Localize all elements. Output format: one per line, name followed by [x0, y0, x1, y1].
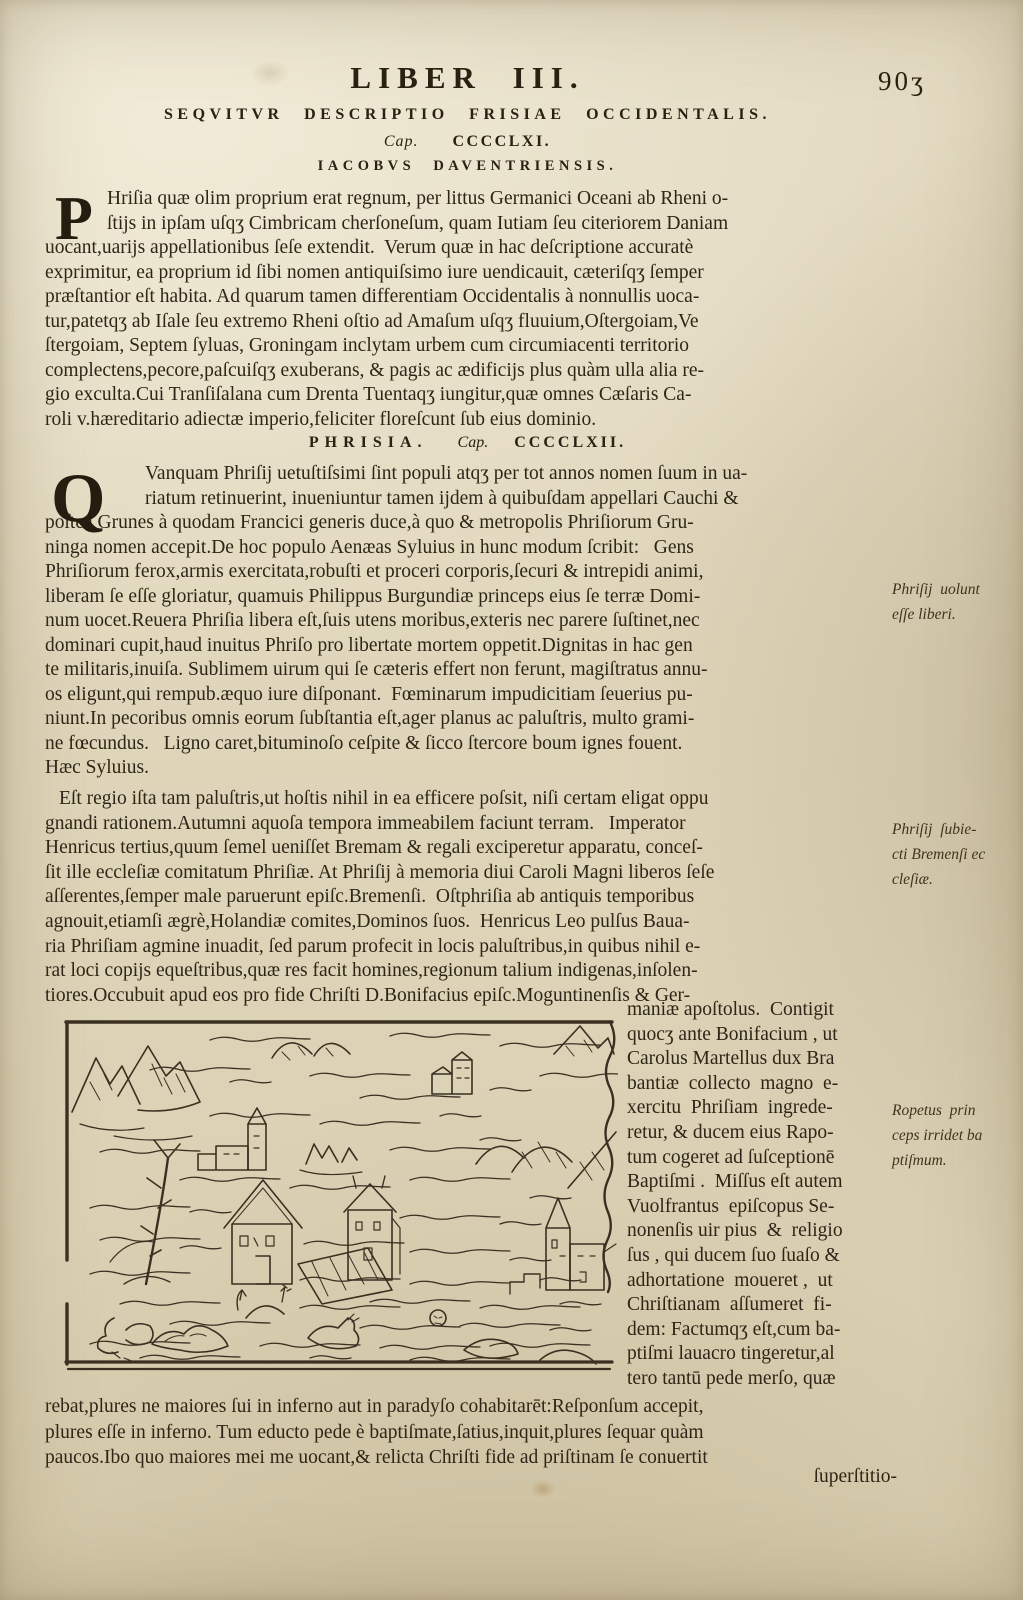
text-line: tero tantū pede merſo, quæ [627, 1367, 893, 1392]
text-line: ceps irridet ba [892, 1123, 1020, 1148]
text-line: rebat,plures ne maiores ſui in inferno a… [45, 1394, 900, 1420]
text-line: dominari cupit,haud inuitus Phriſo pro l… [45, 634, 897, 659]
text-line: eſſe liberi. [892, 602, 1020, 627]
right-column-text: maniæ apoſtolus. Contigitquocʒ ante Boni… [627, 998, 893, 1392]
text-line: nonenſis uir pius & religio [627, 1219, 893, 1244]
paragraph-lines: Eſt regio iſta tam paluſtris,ut hoſtis n… [45, 787, 897, 1008]
text-line: ninga nomen accepit.De hoc populo Aenæas… [45, 536, 897, 561]
margin-note-lines: Phriſij ſubie-cti Bremenſi eccleſiæ. [892, 817, 1020, 892]
text-line: retur, & ducem eius Rapo- [627, 1121, 893, 1146]
text-line: num uocet.Reuera Phriſia libera eſt,ſuis… [45, 609, 897, 634]
text-line: exprimitur, ea proprium id ſibi nomen an… [45, 261, 893, 286]
margin-note-lines: Phriſij uolunteſſe liberi. [892, 577, 1020, 627]
text-line: dem: Factumqʒ eſt,cum ba- [627, 1318, 893, 1343]
text-line: cti Bremenſi ec [892, 842, 1020, 867]
text-line: Vanquam Phriſij uetuſtiſsimi ſint populi… [45, 462, 897, 487]
text-line: ſtijs in ipſam uſqʒ Cimbricam cherſoneſu… [45, 212, 893, 237]
text-line: bantiæ collecto magno e- [627, 1072, 893, 1097]
text-line: ſit ille eccleſiæ comitatum Phriſiæ. At … [45, 861, 897, 886]
text-line: ſtergoiam, Septem ſyluas, Groningam incl… [45, 334, 893, 359]
text-line: Eſt regio iſta tam paluſtris,ut hoſtis n… [45, 787, 897, 812]
text-line: Vuolfrantus epiſcopus Se- [627, 1195, 893, 1220]
paragraph-lines: Vanquam Phriſij uetuſtiſsimi ſint populi… [45, 462, 897, 781]
text-line: ne fœcundus. Ligno caret,bituminoſo ceſp… [45, 732, 897, 757]
running-head: LIBER III. [45, 60, 890, 96]
text-line: aſſerentes,ſemper male paruerunt epiſc.B… [45, 885, 897, 910]
section-heading: SEQVITVR DESCRIPTIO FRISIAE OCCIDENTALIS… [45, 106, 890, 124]
text-line: os eligunt,qui rempub.æquo iure diſponan… [45, 683, 897, 708]
text-line: complectens,pecore,paſcuiſqʒ exuberans, … [45, 359, 893, 384]
text-line: liberam ſe eſſe gloriatur, quamuis Phili… [45, 585, 897, 610]
text-line: ptiſmum. [892, 1148, 1020, 1173]
paragraph-est-regio: Eſt regio iſta tam paluſtris,ut hoſtis n… [45, 787, 897, 1008]
author-heading: IACOBVS DAVENTRIENSIS. [45, 158, 890, 175]
text-line: maniæ apoſtolus. Contigit [627, 998, 893, 1023]
chapter-cap-label: Cap. [458, 434, 489, 451]
text-line: Phriſij ſubie- [892, 817, 1020, 842]
text-line: Ropetus prin [892, 1098, 1020, 1123]
text-line: agnouit,etiamſi ægrè,Holandiæ comites,Do… [45, 910, 897, 935]
paragraph-frisia-intro: P Hriſia quæ olim proprium erat regnum, … [45, 187, 893, 432]
drop-cap-P: P [55, 188, 93, 250]
text-line: gio exculta.Cui Tranſiſalana cum Drenta … [45, 383, 893, 408]
flood-woodcut-illustration [60, 1012, 618, 1374]
paragraph-lines: rebat,plures ne maiores ſui in inferno a… [45, 1394, 900, 1471]
paragraph-phrisia: Q Vanquam Phriſij uetuſtiſsimi ſint popu… [45, 462, 897, 781]
phrisia-heading: PHRISIA.Cap.CCCCLXII. [45, 434, 890, 452]
margin-note-bremensi: Phriſij ſubie-cti Bremenſi eccleſiæ. [892, 817, 1020, 892]
text-line: gnandi rationem.Autumni aquoſa tempora i… [45, 812, 897, 837]
text-line: ſus , qui ducem ſuo ſuaſo & [627, 1244, 893, 1269]
text-line: Phriſiorum ferox,armis exercitata,robuſt… [45, 560, 897, 585]
text-line: tum cogeret ad ſuſceptionē [627, 1146, 893, 1171]
text-line: poſtea Grunes à quodam Francici generis … [45, 511, 897, 536]
chapter-cap-label: Cap. [384, 133, 419, 150]
text-line: Carolus Martellus dux Bra [627, 1047, 893, 1072]
chapter-number: CCCCLXI. [453, 133, 552, 150]
margin-note-phrisij-liberi: Phriſij uolunteſſe liberi. [892, 577, 1020, 627]
text-line: Hæc Syluius. [45, 756, 897, 781]
phrisia-title: PHRISIA. [309, 434, 428, 451]
text-line: cleſiæ. [892, 867, 1020, 892]
text-line: Chriſtianam aſſumeret fi- [627, 1293, 893, 1318]
margin-note-lines: Ropetus princeps irridet baptiſmum. [892, 1098, 1020, 1173]
paragraph-lines: Hriſia quæ olim proprium erat regnum, pe… [45, 187, 893, 432]
text-line: ria Phriſiam agmine inuadit, ſed parum p… [45, 935, 897, 960]
text-line: plures eſſe in inferno. Tum educto pede … [45, 1420, 900, 1446]
text-line: uocant,uarijs appellationibus ſeſe exten… [45, 236, 893, 261]
text-line: rat loci copijs equeſtribus,quæ res faci… [45, 959, 897, 984]
text-line: Henricus tertius,quum ſemel ueniſſet Bre… [45, 836, 897, 861]
chapter-number: CCCCLXII. [514, 434, 626, 451]
text-line: Baptiſmi . Miſſus eſt autem [627, 1170, 893, 1195]
text-line: xercitu Phriſiam ingrede- [627, 1096, 893, 1121]
text-line: te militaris,inuiſa. Sublimem uirum qui … [45, 658, 897, 683]
paragraph-lines: maniæ apoſtolus. Contigitquocʒ ante Boni… [627, 998, 893, 1392]
page-number: 90ʒ [878, 66, 926, 97]
text-line: roli v.hæreditario adiectæ imperio,felic… [45, 408, 893, 433]
text-line: Hriſia quæ olim proprium erat regnum, pe… [45, 187, 893, 212]
margin-note-ropetus: Ropetus princeps irridet baptiſmum. [892, 1098, 1020, 1173]
text-line: præſtantior eſt habita. Ad quarum tamen … [45, 285, 893, 310]
book-page-scan: LIBER III. 90ʒ SEQVITVR DESCRIPTIO FRISI… [0, 0, 1023, 1600]
chapter-line: Cap.CCCCLXI. [45, 133, 890, 151]
text-line: riatum retinuerint, inueniuntur tamen ij… [45, 487, 897, 512]
text-line: ptiſmi lauacro tingeretur,al [627, 1342, 893, 1367]
text-line: niunt.In pecoribus omnis eorum ſubſtanti… [45, 707, 897, 732]
text-line: tur,patetqʒ ab Iſale ſeu extremo Rheni o… [45, 310, 893, 335]
text-line: adhortatione moueret , ut [627, 1269, 893, 1294]
text-line: quocʒ ante Bonifacium , ut [627, 1023, 893, 1048]
text-line: Phriſij uolunt [892, 577, 1020, 602]
paragraph-bottom: rebat,plures ne maiores ſui in inferno a… [45, 1394, 900, 1471]
catchword: ſuperſtitio- [45, 1466, 897, 1488]
drop-cap-Q: Q [51, 464, 105, 534]
